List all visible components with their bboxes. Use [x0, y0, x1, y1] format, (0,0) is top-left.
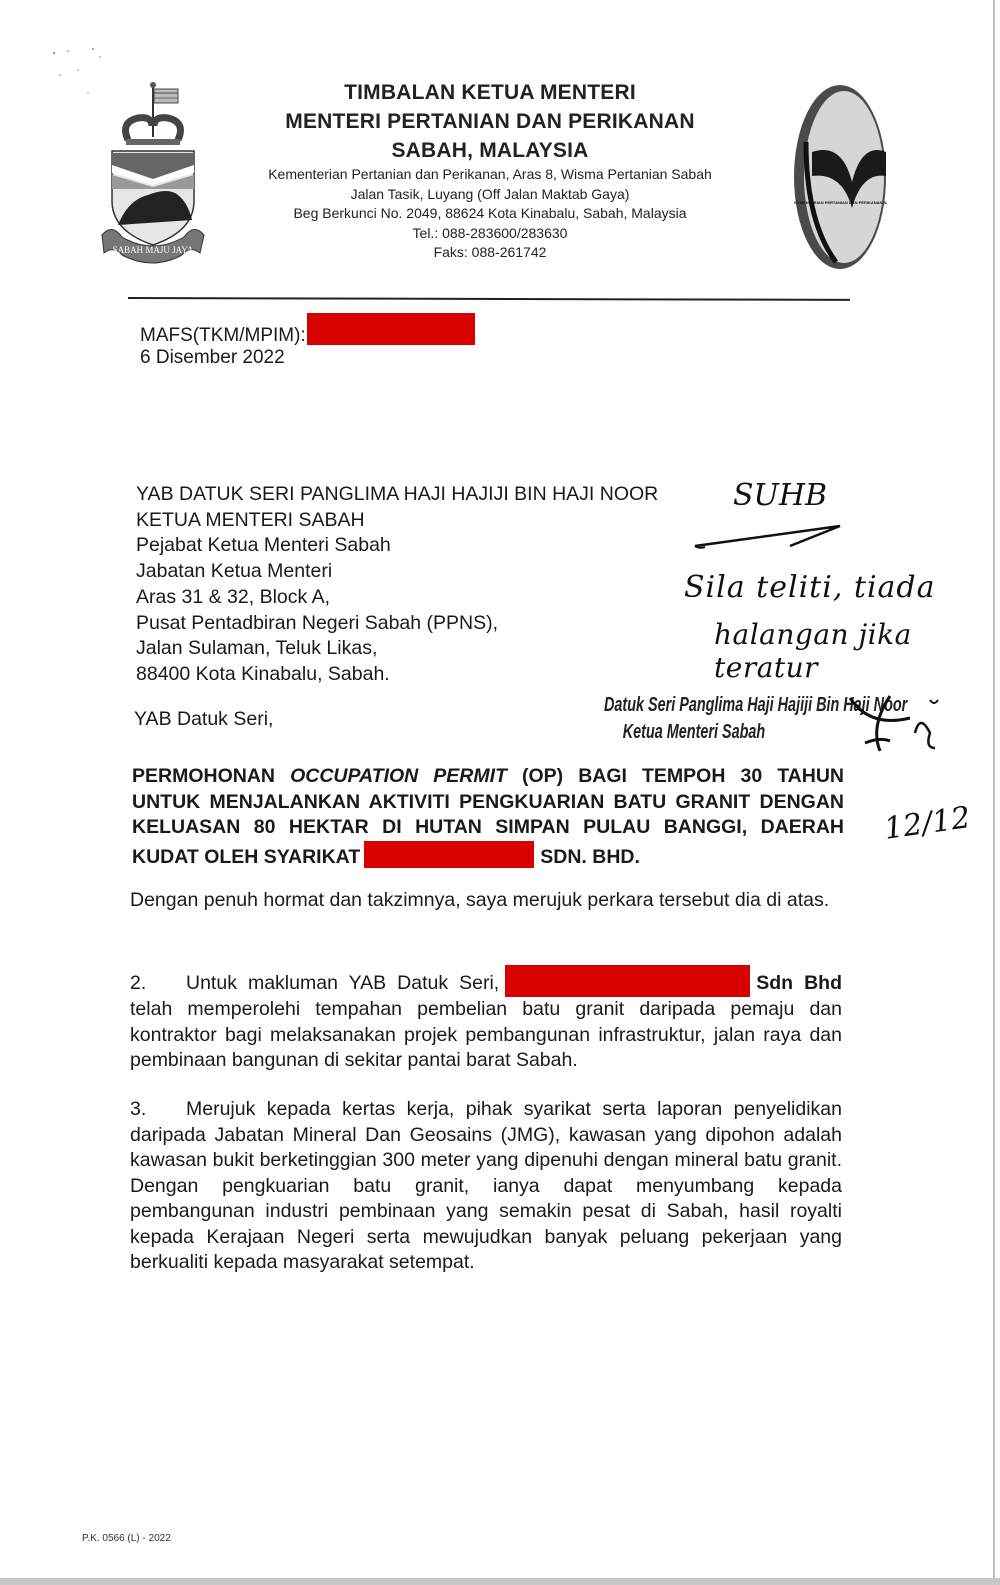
handwritten-date: 12/12 — [882, 800, 972, 847]
subject-italic-term: OCCUPATION PERMIT — [290, 765, 507, 787]
subject-heading: PERMOHONAN OCCUPATION PERMIT (OP) BAGI T… — [132, 764, 844, 870]
reference-block: MAFS(TKM/MPIM): 6 Disember 2022 — [140, 320, 475, 371]
company-suffix: Sdn Bhd — [756, 972, 842, 994]
recipient-line: Pusat Pentadbiran Negeri Sabah (PPNS), — [136, 611, 658, 637]
paragraph-number: 3. — [130, 1097, 186, 1123]
recipient-line: Jabatan Ketua Menteri — [136, 559, 658, 585]
letterhead-fax: Faks: 088-261742 — [230, 243, 750, 263]
subject-text: PERMOHONAN — [132, 765, 290, 787]
letterhead-address-3: Beg Berkunci No. 2049, 88624 Kota Kinaba… — [230, 204, 750, 224]
sabah-state-crest-icon: SABAH MAJU JAYA — [98, 75, 208, 265]
handwritten-initials: SUHB — [733, 478, 827, 513]
recipient-address: YAB DATUK SERI PANGLIMA HAJI HAJIJI BIN … — [136, 482, 658, 688]
signature-icon — [820, 688, 960, 758]
paragraph-text: Untuk makluman YAB Datuk Seri, — [186, 972, 499, 994]
letterhead-address-2: Jalan Tasik, Luyang (Off Jalan Maktab Ga… — [230, 185, 750, 205]
header-divider — [128, 297, 850, 301]
handwritten-note-line-2: halangan jika teratur — [714, 618, 1000, 684]
form-code: P.K. 0566 (L) - 2022 — [82, 1533, 171, 1544]
letterhead-title-2: MENTERI PERTANIAN DAN PERIKANAN — [230, 107, 750, 136]
recipient-line: Jalan Sulaman, Teluk Likas, — [136, 636, 658, 662]
recipient-line: Aras 31 & 32, Block A, — [136, 585, 658, 611]
handwritten-note-line-1: Sila teliti, tiada — [684, 570, 936, 605]
crest-motto: SABAH MAJU JAYA — [113, 245, 194, 255]
redacted-reference-number — [307, 313, 475, 345]
paragraph-text: telah memperolehi tempahan pembelian bat… — [130, 998, 842, 1071]
letterhead-title-3: SABAH, MALAYSIA — [230, 136, 750, 165]
redacted-company-name — [505, 965, 750, 997]
ministry-logo-icon: KEMENTERIAN PERTANIAN DAN PERIKANAN SABA… — [782, 82, 887, 272]
paragraph-1: Dengan penuh hormat dan takzimnya, saya … — [130, 888, 842, 914]
recipient-line: 88400 Kota Kinabalu, Sabah. — [136, 662, 658, 688]
subject-text: SDN. BHD. — [540, 846, 640, 868]
letterhead-address-1: Kementerian Pertanian dan Perikanan, Ara… — [230, 165, 750, 185]
redacted-company-name — [364, 841, 534, 868]
scan-bottom-edge — [0, 1578, 1000, 1585]
page-edge — [993, 0, 995, 1580]
chief-minister-stamp: Datuk Seri Panglima Haji Hajiji Bin Haji… — [604, 692, 827, 746]
stamp-name: Datuk Seri Panglima Haji Hajiji Bin Haji… — [604, 692, 827, 719]
paragraph-number: 2. — [130, 971, 186, 997]
letterhead-header: TIMBALAN KETUA MENTERI MENTERI PERTANIAN… — [230, 78, 750, 263]
reference-label: MAFS(TKM/MPIM): — [140, 325, 306, 346]
ministry-logo-text: KEMENTERIAN PERTANIAN DAN PERIKANAN SABA… — [794, 200, 887, 205]
stamp-title: Ketua Menteri Sabah — [561, 719, 827, 746]
recipient-line: KETUA MENTERI SABAH — [136, 508, 658, 534]
handwritten-arrow-icon — [690, 522, 850, 552]
recipient-line: YAB DATUK SERI PANGLIMA HAJI HAJIJI BIN … — [136, 482, 658, 508]
salutation: YAB Datuk Seri, — [134, 708, 273, 731]
subject-text: KUDAT OLEH SYARIKAT — [132, 846, 360, 868]
recipient-line: Pejabat Ketua Menteri Sabah — [136, 533, 658, 559]
letterhead-title-1: TIMBALAN KETUA MENTERI — [230, 78, 750, 107]
paragraph-3: 3.Merujuk kepada kertas kerja, pihak sya… — [130, 1097, 842, 1276]
paragraph-text: Merujuk kepada kertas kerja, pihak syari… — [130, 1098, 842, 1273]
paragraph-2: 2.Untuk makluman YAB Datuk Seri,Sdn Bhd … — [130, 965, 842, 1074]
letterhead-phone: Tel.: 088-283600/283630 — [230, 224, 750, 244]
